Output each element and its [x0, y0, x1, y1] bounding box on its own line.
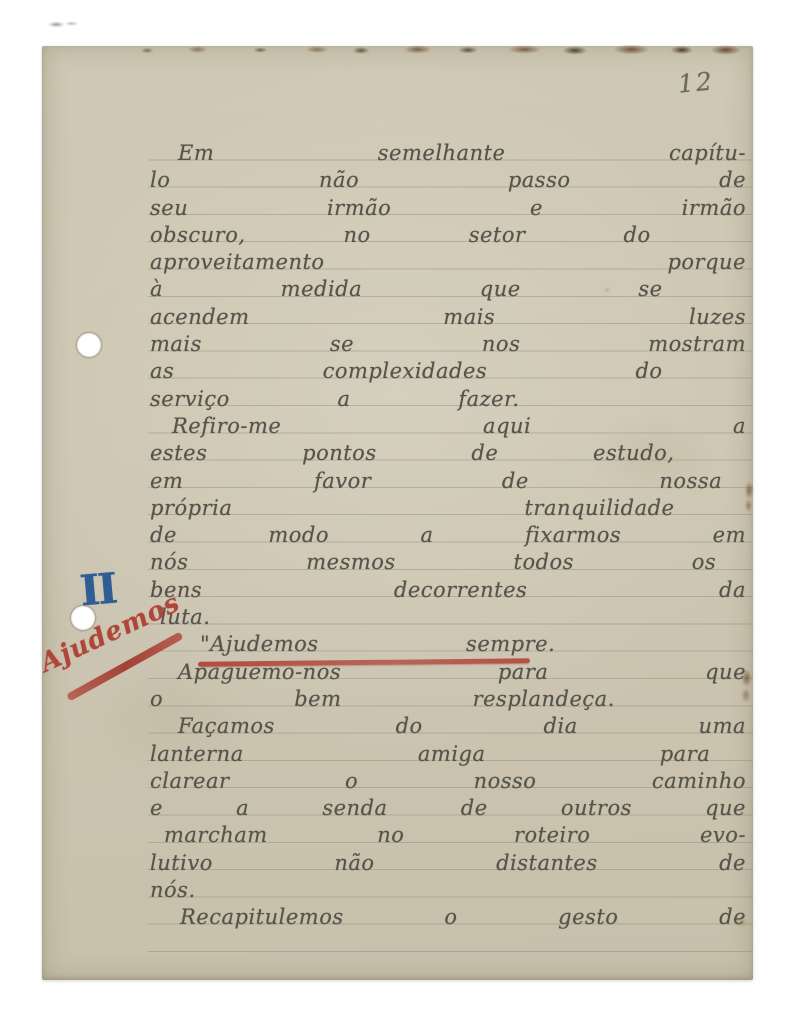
burned-top-edge — [122, 45, 751, 55]
punch-hole-bottom — [71, 606, 95, 630]
handwriting-line: bens decorrentes da — [150, 577, 746, 604]
handwriting-line: em favor de nossa — [150, 468, 722, 495]
handwriting-line: Recapitulemos o gesto de — [150, 904, 746, 931]
handwriting-line: lutivo não distantes de — [150, 850, 746, 877]
handwriting-line: nós mesmos todos os — [150, 549, 716, 576]
manuscript-text: Em semelhante capítu-lo não passo deseu … — [150, 140, 746, 932]
handwriting-line: estes pontos de estudo, — [150, 440, 674, 467]
handwriting-line: lanterna amiga para — [150, 741, 710, 768]
handwriting-line: as complexidades do — [150, 358, 663, 385]
handwriting-line: serviço a fazer. — [150, 386, 520, 413]
scan-edge-speck — [46, 20, 80, 29]
fox-spot — [602, 286, 612, 294]
handwriting-line: obscuro, no setor do — [150, 222, 651, 249]
handwriting-line: Em semelhante capítu- — [150, 140, 746, 167]
handwriting-line: de modo a fixarmos em — [150, 522, 746, 549]
handwriting-line: e a senda de outros que — [150, 795, 746, 822]
handwriting-line: acendem mais luzes — [150, 304, 746, 331]
handwriting-line: mais se nos mostram — [150, 331, 746, 358]
page-number: 12 — [677, 65, 739, 98]
handwriting-line: Façamos do dia uma — [150, 713, 746, 740]
handwriting-line: seu irmão e irmão — [150, 195, 746, 222]
manuscript-page: 12 Em semelhante capítu-lo não passo des… — [42, 46, 753, 980]
handwriting-line: "Ajudemos sempre. — [150, 631, 555, 658]
handwriting-line: Refiro-me aqui a — [150, 413, 746, 440]
handwriting-line: própria tranquilidade — [150, 495, 674, 522]
handwriting-line: marcham no roteiro evo- — [150, 822, 746, 849]
handwriting-line: aproveitamento porque — [150, 249, 746, 276]
handwriting-line: à medida que se — [150, 276, 663, 303]
edge-stain — [739, 664, 753, 704]
edge-stain — [742, 480, 754, 514]
handwriting-line: nós. — [150, 877, 269, 904]
punch-hole-top — [77, 333, 101, 357]
fox-spot — [732, 914, 750, 930]
handwriting-line: o bem resplandeça. — [150, 686, 615, 713]
handwriting-line: clarear o nosso caminho — [150, 768, 746, 795]
handwriting-line: lo não passo de — [150, 167, 746, 194]
